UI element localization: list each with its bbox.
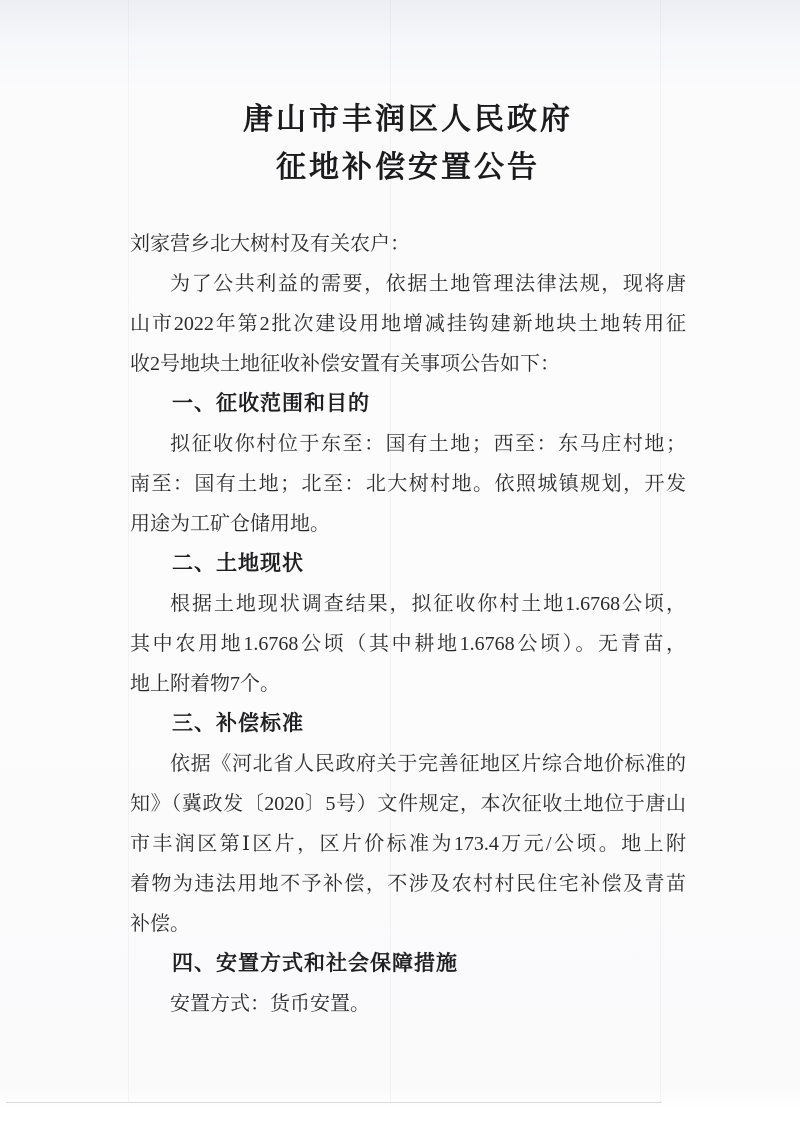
section-heading: 四、安置方式和社会保障措施 [130, 944, 686, 984]
salutation-line: 刘家营乡北大树村及有关农户： [130, 224, 686, 264]
section-heading: 二、土地现状 [130, 544, 686, 584]
section-heading: 一、征收范围和目的 [130, 384, 686, 424]
body-line: 用途为工矿仓储用地。 [130, 504, 686, 544]
scanned-document-page: 唐山市丰润区人民政府 征地补偿安置公告 刘家营乡北大树村及有关农户：为了公共利益… [0, 0, 800, 1131]
body-line: 知》（冀政发〔2020〕5号）文件规定，本次征收土地位于唐山 [130, 784, 686, 824]
body-line: 着物为违法用地不予补偿，不涉及农村村民住宅补偿及青苗 [130, 864, 686, 904]
body-line: 拟征收你村位于东至：国有土地；西至：东马庄村地； [130, 424, 686, 464]
body-line: 收2号地块土地征收补偿安置有关事项公告如下： [130, 344, 686, 384]
body-line: 山市2022年第2批次建设用地增减挂钩建新地块土地转用征 [130, 304, 686, 344]
body-line: 其中农用地1.6768公顷（其中耕地1.6768公顷）。无青苗， [130, 624, 686, 664]
body-line: 依据《河北省人民政府关于完善征地区片综合地价标准的通 [130, 744, 686, 784]
notice-document: 唐山市丰润区人民政府 征地补偿安置公告 刘家营乡北大树村及有关农户：为了公共利益… [130, 96, 686, 1024]
body-line: 根据土地现状调查结果，拟征收你村土地1.6768公顷， [130, 584, 686, 624]
notice-title-issuer: 唐山市丰润区人民政府 [130, 96, 686, 144]
document-body: 刘家营乡北大树村及有关农户：为了公共利益的需要，依据土地管理法律法规，现将唐山市… [130, 224, 686, 1024]
notice-title-subject: 征地补偿安置公告 [130, 144, 686, 192]
body-line: 为了公共利益的需要，依据土地管理法律法规，现将唐 [130, 264, 686, 304]
body-line: 市丰润区第Ⅰ区片，区片价标准为173.4万元/公顷。地上附 [130, 824, 686, 864]
notice-title: 唐山市丰润区人民政府 征地补偿安置公告 [130, 96, 686, 192]
paper-bottom-edge [6, 1102, 662, 1103]
body-line: 南至：国有土地；北至：北大树村地。依照城镇规划，开发 [130, 464, 686, 504]
body-line: 安置方式：货币安置。 [130, 984, 686, 1024]
body-line: 补偿。 [130, 904, 686, 944]
body-line: 地上附着物7个。 [130, 664, 686, 704]
section-heading: 三、补偿标准 [130, 704, 686, 744]
scan-fold-line [128, 0, 129, 1102]
